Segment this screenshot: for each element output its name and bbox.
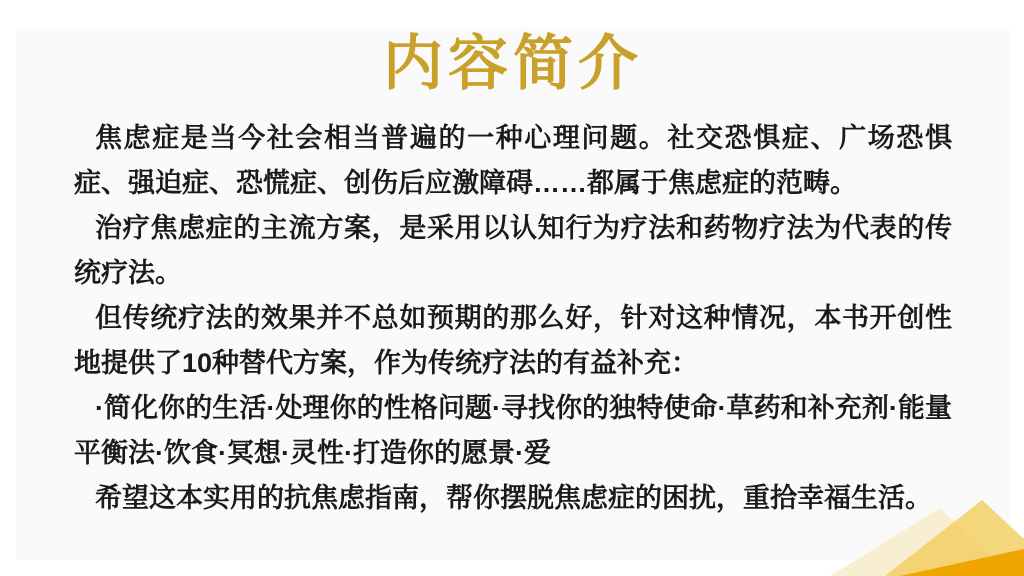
paragraph-1: 焦虑症是当今社会相当普遍的一种心理问题。社交恐惧症、广场恐惧症、强迫症、恐慌症、…: [74, 116, 952, 206]
paragraph-4: ·简化你的生活·处理你的性格问题·寻找你的独特使命·草药和补充剂·能量平衡法·饮…: [74, 386, 952, 476]
slide-title: 内容简介: [16, 32, 1010, 96]
slide-panel: 内容简介 焦虑症是当今社会相当普遍的一种心理问题。社交恐惧症、广场恐惧症、强迫症…: [16, 28, 1010, 560]
slide: 内容简介 焦虑症是当今社会相当普遍的一种心理问题。社交恐惧症、广场恐惧症、强迫症…: [0, 0, 1024, 576]
paragraph-2: 治疗焦虑症的主流方案，是采用以认知行为疗法和药物疗法为代表的传统疗法。: [74, 206, 952, 296]
paragraph-3: 但传统疗法的效果并不总如预期的那么好，针对这种情况，本书开创性地提供了10种替代…: [74, 296, 952, 386]
mountain-decoration: [764, 496, 1024, 576]
slide-body: 焦虑症是当今社会相当普遍的一种心理问题。社交恐惧症、广场恐惧症、强迫症、恐慌症、…: [16, 116, 1010, 521]
